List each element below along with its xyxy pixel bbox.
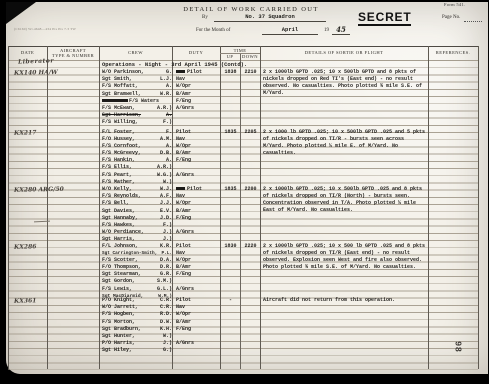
crew-row: F/S Willing,F.) — [102, 119, 172, 126]
crew-initials: G.) — [163, 347, 172, 354]
crew-row: F/L Foster,F. — [102, 129, 172, 136]
squadron-name: No. 37 Squadron — [214, 13, 326, 22]
duty-label — [176, 222, 218, 229]
sortie-details: Aircraft did not return from this operat… — [263, 297, 427, 304]
crew-initials: J.) — [163, 229, 172, 236]
sortie-block: KX361 P/O Knight,C.R. W/O Jarrett,C.R. F… — [6, 297, 488, 355]
crew-row: F/S Scotter,D.A. — [102, 257, 172, 264]
duty-label: Nav — [176, 193, 218, 200]
crew-row: Sgt Gordon,S.M.) — [102, 278, 172, 285]
crew-name: Sgt Bradburn, — [102, 326, 141, 333]
crew-initials: A. — [166, 143, 172, 150]
crew-name: F/S Ellis, — [102, 164, 132, 171]
sortie-block: KX286 F/L Johnson,K.R. Sgt Carrington-Sm… — [6, 243, 488, 301]
crew-name: Sgt Harrison, — [102, 112, 141, 119]
crew-row: Sgt Hunter,W.) — [102, 333, 172, 340]
crew-name: F/L Johnson, — [102, 243, 138, 250]
crew-initials: K.R. — [160, 243, 172, 250]
col-header-up: Up — [220, 54, 240, 59]
printer-code: (C6160) Wt.4648—434 Pts Pts 7.3 TW — [14, 27, 76, 31]
duty-label: Nav — [176, 250, 218, 257]
crew-initials: W.) — [163, 333, 172, 340]
crew-name: Sgt Bramwell, — [102, 91, 141, 98]
aircraft-type-handwritten: Liberator — [18, 57, 54, 65]
duty-label: A/Gnrs — [176, 229, 218, 236]
crew-row: F/S Bell,J.J. — [102, 200, 172, 207]
col-header-date: Date — [8, 50, 47, 55]
crew-initials: F.) — [163, 119, 172, 126]
crew-name: Sgt Hiley, — [102, 347, 132, 354]
crew-row: F/O Hussey,A.M. — [102, 136, 172, 143]
crew-list: W/O Kelly,W.J. F/S Reynolds,A.F. F/S Bel… — [102, 186, 172, 244]
crew-initials: A. — [166, 83, 172, 90]
scanned-document-photo: { "scan": { "form_no": "Form 541.", "tit… — [0, 0, 489, 384]
crew-name: F/S Hawkes, — [102, 222, 135, 229]
sortie-details: 2 x 1000lb GPTD .025; 10 x 500 lb GPTD .… — [263, 243, 427, 272]
scan-corner-shadow — [6, 2, 36, 24]
duty-label: W/Opr — [176, 143, 218, 150]
duty-label: F/Eng — [176, 271, 218, 278]
crew-row: F/S Hankin,A. — [102, 157, 172, 164]
struck-fragment — [176, 187, 185, 191]
time-up: 1830 — [221, 243, 240, 250]
crew-list: W/O Parkinson,G. Sgt Smith,L.J. F/S Moff… — [102, 69, 172, 127]
crew-name: Sgt Hannaby, — [102, 215, 138, 222]
crew-initials: C.R. — [160, 297, 172, 304]
duty-label — [176, 179, 218, 186]
page-no-label: Page No. — [442, 15, 460, 20]
crew-name: F/S Willing, — [102, 119, 138, 126]
col-header-crew: Crew — [99, 50, 172, 55]
duty-label — [176, 119, 218, 126]
crew-row: F/S Reynolds,A.F. — [102, 193, 172, 200]
crew-initials: F. — [166, 129, 172, 136]
crew-initials: A. — [166, 112, 172, 119]
crew-name: F/O Hussey, — [102, 136, 135, 143]
crew-row: Sgt Carrington-Smith,P.L. — [102, 250, 172, 257]
form-number: Form 541. — [444, 2, 465, 7]
duty-label: Pilot — [176, 297, 218, 304]
crew-row: F/S Hogben,R.D. — [102, 311, 172, 318]
crew-initials: A.R.) — [157, 164, 172, 171]
crew-row: P/O Knight,C.R. — [102, 297, 172, 304]
sortie-details: 2 x 1000 lb GPTD .025; 10 x 500lb GPTD .… — [263, 129, 427, 158]
duty-label — [176, 278, 218, 285]
duty-label: Nav — [176, 304, 218, 311]
duty-label: W/Opr — [176, 83, 218, 90]
crew-row: F/S Moffatt,A. — [102, 83, 172, 90]
duty-label — [176, 112, 218, 119]
crew-name: P/O Harris, — [102, 340, 135, 347]
duty-label: W/Opr — [176, 257, 218, 264]
sortie-block: KX140 HA/W W/O Parkinson,G. Sgt Smith,L.… — [6, 69, 488, 127]
censored-blot — [102, 99, 128, 103]
crew-row: P/O Harris,J.) — [102, 340, 172, 347]
crew-name: P/O Knight, — [102, 297, 135, 304]
crew-initials: G.L.) — [157, 286, 172, 293]
duty-label: F/Eng — [176, 98, 218, 105]
crew-list: F/L Johnson,K.R. Sgt Carrington-Smith,P.… — [102, 243, 172, 301]
crew-name: W/O Parkinson, — [102, 69, 144, 76]
month-value: April — [262, 26, 318, 35]
archival-page-number: 98 — [454, 341, 464, 352]
crew-row: W/O Kelly,W.J. — [102, 186, 172, 193]
crew-name: F/S Peart, — [102, 172, 132, 179]
crew-name: F/S Hogben, — [102, 311, 135, 318]
crew-name: Sgt Carrington-Smith, — [102, 250, 157, 257]
crew-row: Sgt Davies,E.V. — [102, 208, 172, 215]
duty-label: A/Gnrs — [176, 286, 218, 293]
duty-label: Pilot — [176, 129, 218, 136]
crew-list: F/L Foster,F. F/O Hussey,A.M. F/S Cornfo… — [102, 129, 172, 187]
crew-list: P/O Knight,C.R. W/O Jarrett,C.R. F/S Hog… — [102, 297, 172, 355]
crew-initials: D.B. — [160, 150, 172, 157]
time-down: 2205 — [241, 129, 260, 136]
duty-list: Pilot Nav W/Opr B/Amr F/Eng A/Gnrs — [176, 243, 218, 301]
crew-row: F/S Peart,W.G.) — [102, 172, 172, 179]
crew-row: F/S Ellis,A.R.) — [102, 164, 172, 171]
crew-row: F/L Johnson,K.R. — [102, 243, 172, 250]
crew-name: W/O Perdiance, — [102, 229, 144, 236]
crew-initials: E.V. — [160, 208, 172, 215]
col-header-aircraft-line2: Type & Number — [47, 53, 99, 58]
crew-initials: W.J. — [160, 186, 172, 193]
crew-name: Sgt Smith, — [102, 76, 132, 83]
col-header-down: Down — [240, 54, 260, 59]
page-no-rule — [464, 21, 482, 22]
crew-name: F/S Hankin, — [102, 157, 135, 164]
duty-label: Nav — [176, 76, 218, 83]
duty-label: W/Opr — [176, 311, 218, 318]
crew-name: F/S Reynolds, — [102, 193, 141, 200]
crew-initials: A.M. — [160, 136, 172, 143]
crew-initials: A.F. — [160, 193, 172, 200]
crew-row: F/S McEwan,A.R.) — [102, 105, 172, 112]
sortie-details: 2 x 1000lb GPTD .025; 10 x 500lb GPTD an… — [263, 69, 427, 98]
time-down: 2200 — [241, 186, 260, 193]
duty-list: Pilot Nav W/Opr B/Amr F/Eng A/Gnrs — [176, 297, 218, 355]
year-prefix: 19 — [324, 28, 329, 33]
crew-name: F/S McEwan, — [102, 105, 135, 112]
duty-label: A/Gnrs — [176, 340, 218, 347]
crew-initials: W.R. — [160, 91, 172, 98]
month-label: For the Month of — [196, 28, 230, 33]
crew-initials: G.R. — [160, 271, 172, 278]
crew-initials: D.A. — [160, 257, 172, 264]
secret-stamp: SECRET — [358, 10, 411, 26]
sortie-details: 2 x 1000lb GPTD .025; 10 x 500lb GPTD .0… — [263, 186, 427, 215]
crew-initials: D.W. — [160, 319, 172, 326]
crew-initials: S.M.) — [157, 278, 172, 285]
crew-initials: C.R. — [160, 304, 172, 311]
col-header-references: References. — [428, 50, 478, 55]
time-down: 2220 — [241, 243, 260, 250]
duty-label: F/Eng — [176, 157, 218, 164]
crew-row: F/O Thompson,D.R. — [102, 264, 172, 271]
duty-label: F/Eng — [176, 215, 218, 222]
duty-list: Pilot Nav W/Opr B/Amr F/Eng A/Gnrs — [176, 69, 218, 127]
crew-row: W/O Jarrett,C.R. — [102, 304, 172, 311]
crew-initials: W.G.) — [157, 172, 172, 179]
duty-label: B/Amr — [176, 319, 218, 326]
crew-name: Sgt Gordon, — [102, 278, 135, 285]
form-541-page: (C6160) Wt.4648—434 Pts Pts 7.3 TW Form … — [6, 2, 488, 374]
crew-initials: A.R.) — [157, 105, 172, 112]
crew-row: F/S Morton,D.W. — [102, 319, 172, 326]
crew-initials: K.H. — [160, 326, 172, 333]
by-label: By — [202, 15, 208, 20]
time-down: 2210 — [241, 69, 260, 76]
duty-list: Pilot Nav W/Opr B/Amr F/Eng A/Gnrs — [176, 186, 218, 244]
duty-label: B/Amr — [176, 208, 218, 215]
crew-row: F/S Mather,W.) — [102, 179, 172, 186]
aircraft-serial-handwritten: KX280 ARG/50 — [14, 185, 98, 193]
crew-name: Sgt Stearman, — [102, 271, 141, 278]
crew-name: F/S McGreevy, — [102, 150, 141, 157]
crew-row: Sgt Bradburn,K.H. — [102, 326, 172, 333]
crew-row: Sgt Stearman,G.R. — [102, 271, 172, 278]
duty-label — [176, 347, 218, 354]
duty-label: Pilot — [176, 243, 218, 250]
duty-label — [176, 333, 218, 340]
page-title: DETAIL OF WORK CARRIED OUT — [146, 6, 356, 13]
duty-label: A/Gnrs — [176, 105, 218, 112]
crew-row: Sgt Hiley,G.) — [102, 347, 172, 354]
crew-name: F/S Morton, — [102, 319, 135, 326]
crew-name: F/S Lewis, — [102, 286, 132, 293]
duty-label — [176, 164, 218, 171]
crew-initials: D.R. — [160, 264, 172, 271]
time-up: 1835 — [221, 186, 240, 193]
sortie-block: KX217 F/L Foster,F. F/O Hussey,A.M. F/S … — [6, 129, 488, 187]
crew-initials: W.) — [163, 179, 172, 186]
crew-name: Sgt Davies, — [102, 208, 135, 215]
time-up: - — [221, 297, 240, 304]
time-down — [241, 297, 260, 304]
time-up: 1835 — [221, 129, 240, 136]
col-header-time: Time — [220, 48, 260, 53]
crew-name: F/L Foster, — [102, 129, 135, 136]
duty-label: Pilot — [176, 69, 218, 76]
crew-name: F/S Mather, — [102, 179, 135, 186]
struck-fragment — [176, 70, 185, 74]
crew-row-struck: Sgt Harrison,A. — [102, 112, 172, 119]
time-up: 1838 — [221, 69, 240, 76]
crew-name: F/S Bell, — [102, 200, 129, 207]
duty-list: Pilot Nav W/Opr B/Amr F/Eng A/Gnrs — [176, 129, 218, 187]
crew-name: W/O Jarrett, — [102, 304, 138, 311]
crew-initials: P.L. — [161, 250, 172, 257]
col-header-duty: Duty — [172, 50, 220, 55]
aircraft-serial-handwritten: KX140 HA/W — [14, 68, 98, 76]
crew-name: F/S Moffatt, — [102, 83, 138, 90]
crew-row: F/S Hawkes,F.) — [102, 222, 172, 229]
duty-label: A/Gnrs — [176, 172, 218, 179]
duty-label: B/Amr — [176, 91, 218, 98]
crew-row: Sgt Bramwell,W.R. — [102, 91, 172, 98]
sortie-block: KX280 ARG/50 W/O Kelly,W.J. F/S Reynolds… — [6, 186, 488, 244]
col-header-details: Details of Sortie or Flight — [260, 50, 428, 55]
crew-name: F/S Waters — [102, 98, 159, 105]
crew-row: F/S Lewis,G.L.) — [102, 286, 172, 293]
crew-name: W/O Kelly, — [102, 186, 132, 193]
crew-initials: F.) — [163, 222, 172, 229]
aircraft-serial-handwritten: KX217 — [14, 128, 98, 136]
crew-row: Sgt Hannaby,J.D. — [102, 215, 172, 222]
crew-initials: L.J. — [160, 76, 172, 83]
operations-line: Operations - Night - 3rd April 1945 (Con… — [102, 61, 247, 68]
crew-name: F/S Cornfoot, — [102, 143, 141, 150]
crew-name: Sgt Hunter, — [102, 333, 135, 340]
crew-initials: R.D. — [160, 311, 172, 318]
crew-initials: J.D. — [160, 215, 172, 222]
crew-initials: J.) — [163, 340, 172, 347]
crew-initials: G. — [166, 69, 172, 76]
crew-row: F/S Waters — [102, 98, 172, 105]
crew-name: F/O Thompson, — [102, 264, 141, 271]
duty-label: B/Amr — [176, 264, 218, 271]
duty-label: B/Amr — [176, 150, 218, 157]
duty-label: W/Opr — [176, 200, 218, 207]
crew-initials: A. — [166, 157, 172, 164]
aircraft-serial-handwritten: KX361 — [14, 296, 98, 304]
crew-row: W/O Perdiance,J.) — [102, 229, 172, 236]
crew-row: W/O Parkinson,G. — [102, 69, 172, 76]
aircraft-serial-handwritten: KX286 — [14, 242, 98, 250]
crew-name: F/S Scotter, — [102, 257, 138, 264]
duty-label: F/Eng — [176, 326, 218, 333]
duty-label: Nav — [176, 136, 218, 143]
duty-label: Pilot — [176, 186, 218, 193]
crew-row: F/S McGreevy,D.B. — [102, 150, 172, 157]
crew-row: F/S Cornfoot,A. — [102, 143, 172, 150]
crew-row: Sgt Smith,L.J. — [102, 76, 172, 83]
year-value-handwritten: 45 — [332, 25, 350, 35]
crew-initials: J.J. — [160, 200, 172, 207]
